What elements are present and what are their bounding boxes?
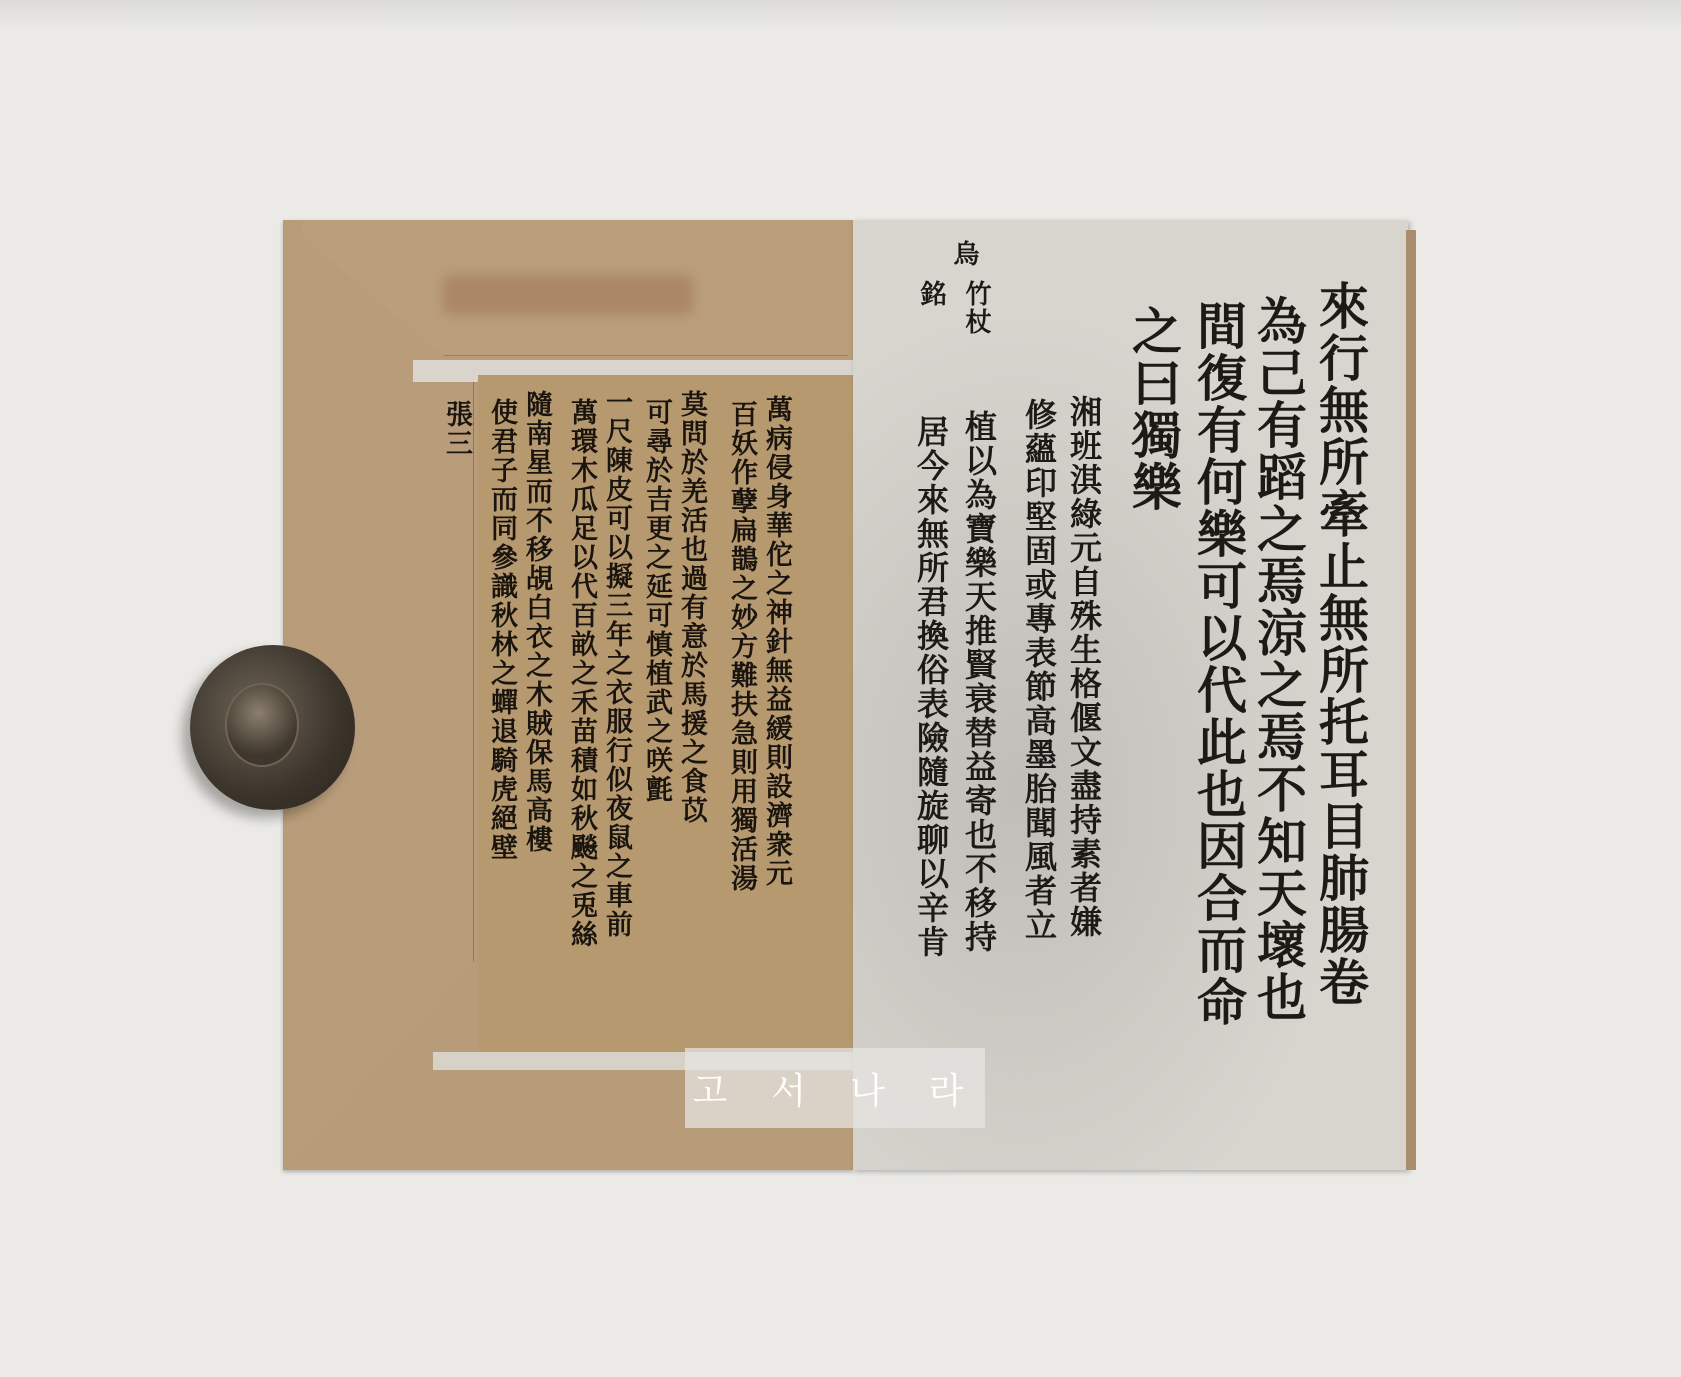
paperweight-knob [225,683,299,767]
left-cover: 萬病侵身華佗之神針無益緩則設濟衆元 百妖作孽扁鵲之妙方難扶急則用獨活湯 莫問於羌… [283,220,853,1170]
right-col-7: 植以為寶樂天推賢衰替益寄也不移持 [963,410,995,954]
left-col-6: 萬環木瓜足以代百畝之禾苗積如秋飈之兎絲 [568,398,595,949]
left-col-7: 隨南星而不移覘白衣之木賊保馬高樓 [523,390,550,854]
right-page: 來行無所牽止無所托耳目肺腸卷 為己有蹈之焉涼之焉不知天壞也 間復有何樂可以代此也… [853,220,1408,1170]
page-edge [1406,230,1416,1170]
left-col-9: 張三 [443,400,470,458]
right-col-6: 修蘊印堅固或專表節高墨胎聞風者立 [1023,398,1055,942]
right-col-4: 之曰獨樂 [1128,305,1178,513]
left-col-4: 可尋於吉更之延可慎植武之咲氈 [643,398,670,804]
brass-paperweight [190,645,355,810]
right-title-1: 烏 [951,240,977,268]
watermark-char-1: 고 [692,1063,741,1114]
right-col-5: 湘班淇綠元自殊生格偃文盡持素者嫌 [1068,395,1100,939]
right-col-3: 間復有何樂可以代此也因合而命 [1193,300,1243,1028]
right-col-1: 來行無所牽止無所托耳目肺腸卷 [1315,280,1365,1008]
right-title-3: 銘 [918,280,944,308]
left-col-1: 萬病侵身華佗之神針無益緩則設濟衆元 [763,395,790,888]
background-shadow [0,0,1681,30]
stain [443,275,693,315]
watermark-char-4: 라 [929,1063,978,1114]
left-col-2: 百妖作孽扁鵲之妙方難扶急則用獨活湯 [728,400,755,893]
right-col-2: 為己有蹈之焉涼之焉不知天壞也 [1253,295,1303,1023]
right-col-8: 居今來無所君換俗表險隨旋聊以辛肯 [915,415,947,959]
watermark-char-3: 나 [850,1063,899,1114]
right-title-2: 竹杖 [963,280,989,336]
watermark-char-2: 서 [771,1063,820,1114]
left-col-3: 莫問於羌活也過有意於馬援之食苡 [678,390,705,825]
watermark: 고 서 나 라 [685,1048,985,1128]
open-book: 萬病侵身華佗之神針無益緩則設濟衆元 百妖作孽扁鵲之妙方難扶急則用獨活湯 莫問於羌… [283,200,1416,1190]
left-col-5: 一尺陳皮可以擬三年之衣服行似夜鼠之車前 [603,388,630,939]
left-col-8: 使君子而同參識秋林之蟬退騎虎絕壁 [488,398,515,862]
